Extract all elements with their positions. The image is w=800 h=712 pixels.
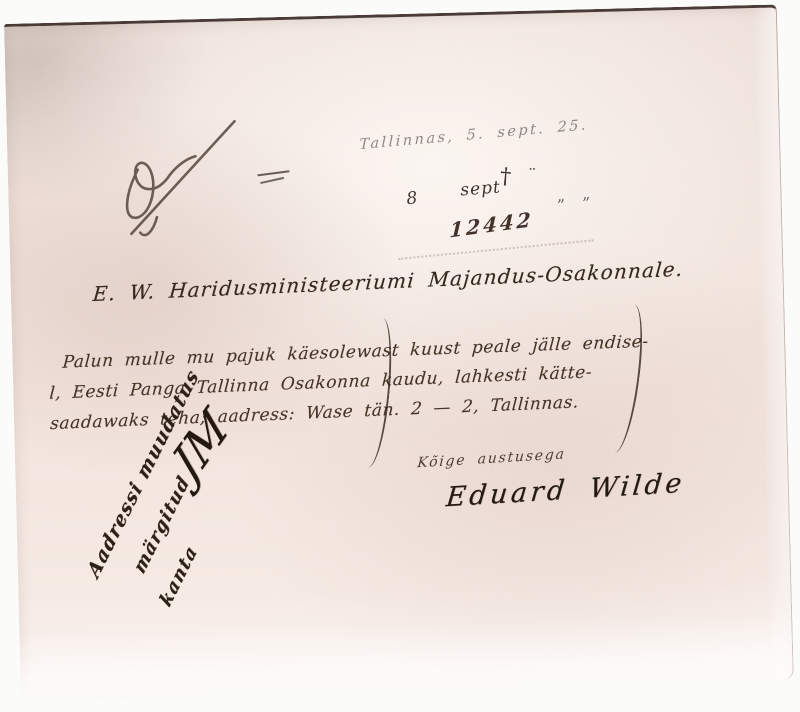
stamp-registry-number: 12442 [449, 207, 534, 242]
stamp-cross-mark: † [499, 164, 512, 190]
double-dash-icon [257, 171, 292, 188]
signature-eduard-wilde: Eduard Wilde [445, 468, 687, 514]
pencil-scribble-icon [102, 114, 265, 252]
stamp-ditto-marks: „ „ [556, 183, 597, 205]
scanned-letter-photo: Tallinnas, 5. sept. 25. 8 sept † ¨ „ „ 1… [0, 0, 800, 712]
closing-line: Kõige austusega [417, 446, 567, 471]
recipient-line: E. W. Haridusministeeriumi Majandus-Osak… [92, 257, 684, 306]
stamp-dots-mark: ¨ [528, 165, 542, 186]
faint-dotted-underline [398, 239, 593, 260]
pen-flourish-stroke [599, 302, 648, 455]
diagonal-note-line: kanta [156, 541, 202, 611]
date-line: Tallinnas, 5. sept. 25. [359, 117, 588, 153]
stamp-month: sept [460, 177, 502, 200]
stamp-day: 8 [406, 188, 419, 209]
letter-paper-sheet: Tallinnas, 5. sept. 25. 8 sept † ¨ „ „ 1… [4, 4, 794, 698]
diagonal-clerk-note: Aadressi muudatus märgitud kanta JM [0, 264, 417, 712]
dash-stroke [260, 177, 284, 184]
